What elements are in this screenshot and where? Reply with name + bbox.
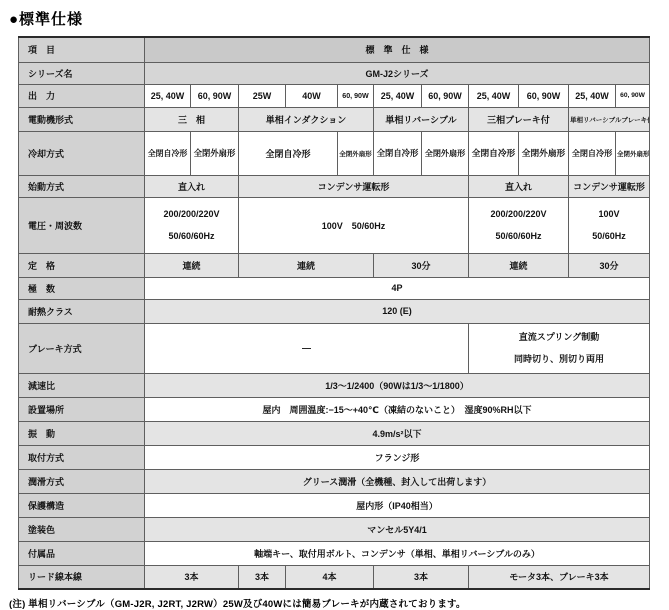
spec-cell: 3本 <box>145 565 239 589</box>
table-row: 始動方式直入れコンデンサ運転形直入れコンデンサ運転形 <box>19 175 650 197</box>
spec-cell: 標 準 仕 様 <box>145 37 650 62</box>
row-label: 保護構造 <box>19 493 145 517</box>
spec-cell: フランジ形 <box>145 445 650 469</box>
spec-cell: 全閉外扇形 <box>422 131 469 175</box>
table-row: 電動機形式三 相単相インダクション単相リバーシブル三相ブレーキ付単相リバーシブル… <box>19 107 650 131</box>
spec-cell: 単相リバーシブルブレーキ付 <box>569 107 650 131</box>
table-row: 冷却方式全閉自冷形全閉外扇形全閉自冷形全閉外扇形全閉自冷形全閉外扇形全閉自冷形全… <box>19 131 650 175</box>
spec-cell: 100V 50/60Hz <box>569 197 650 253</box>
spec-cell: 3本 <box>239 565 286 589</box>
table-row: 出 力25, 40W60, 90W25W40W60, 90W25, 40W60,… <box>19 84 650 107</box>
table-row: 減速比1/3～1/2400（90Wは1/3～1/1800） <box>19 373 650 397</box>
spec-table: 項 目標 準 仕 様シリーズ名GM-J2シリーズ出 力25, 40W60, 90… <box>18 36 650 590</box>
table-row: 電圧・周波数200/200/220V 50/60/60Hz100V 50/60H… <box>19 197 650 253</box>
spec-cell: 200/200/220V 50/60/60Hz <box>469 197 569 253</box>
table-row: 塗装色マンセル5Y4/1 <box>19 517 650 541</box>
spec-cell: 60, 90W <box>519 84 569 107</box>
table-row: 設置場所屋内 周囲温度:−15～+40℃（凍結のないこと） 湿度90%RH以下 <box>19 397 650 421</box>
spec-table-body: 項 目標 準 仕 様シリーズ名GM-J2シリーズ出 力25, 40W60, 90… <box>19 37 650 589</box>
table-row: 振 動4.9m/s²以下 <box>19 421 650 445</box>
spec-cell: 三相ブレーキ付 <box>469 107 569 131</box>
row-label: 定 格 <box>19 253 145 277</box>
row-label: 耐熱クラス <box>19 299 145 323</box>
spec-cell: 全閉自冷形 <box>145 131 191 175</box>
spec-cell: 60, 90W <box>616 84 650 107</box>
spec-cell: コンデンサ運転形 <box>239 175 469 197</box>
spec-cell: 25, 40W <box>145 84 191 107</box>
spec-cell: 30分 <box>569 253 650 277</box>
spec-cell: 4本 <box>286 565 374 589</box>
row-label: 電圧・周波数 <box>19 197 145 253</box>
table-row: ブレーキ方式―直流スプリング制動 同時切り、別切り両用 <box>19 323 650 373</box>
spec-cell: 全閉外扇形 <box>338 131 374 175</box>
catalog-page: ●標準仕様 項 目標 準 仕 様シリーズ名GM-J2シリーズ出 力25, 40W… <box>0 0 669 610</box>
spec-cell: 25, 40W <box>374 84 422 107</box>
spec-cell: 軸端キー、取付用ボルト、コンデンサ（単相、単相リバーシブルのみ） <box>145 541 650 565</box>
row-label: 極 数 <box>19 277 145 299</box>
spec-cell: モータ3本、ブレーキ3本 <box>469 565 650 589</box>
footnote: (注) 単相リバーシブル（GM-J2R, J2RT, J2RW）25W及び40W… <box>9 596 659 610</box>
table-row: 耐熱クラス120 (E) <box>19 299 650 323</box>
row-label: 出 力 <box>19 84 145 107</box>
spec-cell: 全閉自冷形 <box>374 131 422 175</box>
spec-cell: 全閉自冷形 <box>239 131 338 175</box>
spec-cell: 120 (E) <box>145 299 650 323</box>
page-title: ●標準仕様 <box>9 8 659 29</box>
spec-cell: 60, 90W <box>191 84 239 107</box>
spec-cell: 三 相 <box>145 107 239 131</box>
spec-cell: 3本 <box>374 565 469 589</box>
row-label: 付属品 <box>19 541 145 565</box>
row-label: 始動方式 <box>19 175 145 197</box>
table-row: 潤滑方式グリース潤滑（全機種、封入して出荷します） <box>19 469 650 493</box>
spec-cell: 25, 40W <box>569 84 616 107</box>
row-label: 冷却方式 <box>19 131 145 175</box>
row-label: シリーズ名 <box>19 62 145 84</box>
table-row: 付属品軸端キー、取付用ボルト、コンデンサ（単相、単相リバーシブルのみ） <box>19 541 650 565</box>
spec-cell: 単相インダクション <box>239 107 374 131</box>
spec-cell: グリース潤滑（全機種、封入して出荷します） <box>145 469 650 493</box>
spec-cell: 直入れ <box>145 175 239 197</box>
spec-cell: 直入れ <box>469 175 569 197</box>
spec-cell: GM-J2シリーズ <box>145 62 650 84</box>
row-label: 塗装色 <box>19 517 145 541</box>
spec-cell: 連続 <box>469 253 569 277</box>
spec-cell: 1/3～1/2400（90Wは1/3～1/1800） <box>145 373 650 397</box>
row-label: リード線本線 <box>19 565 145 589</box>
spec-cell: 40W <box>286 84 338 107</box>
spec-cell: 60, 90W <box>338 84 374 107</box>
table-row: シリーズ名GM-J2シリーズ <box>19 62 650 84</box>
spec-cell: 全閉外扇形 <box>616 131 650 175</box>
spec-cell: 単相リバーシブル <box>374 107 469 131</box>
spec-cell: 全閉外扇形 <box>519 131 569 175</box>
spec-cell: 屋内 周囲温度:−15～+40℃（凍結のないこと） 湿度90%RH以下 <box>145 397 650 421</box>
spec-cell: 連続 <box>145 253 239 277</box>
row-label: 項 目 <box>19 37 145 62</box>
row-label: ブレーキ方式 <box>19 323 145 373</box>
spec-cell: 連続 <box>239 253 374 277</box>
row-label: 潤滑方式 <box>19 469 145 493</box>
table-row: 取付方式フランジ形 <box>19 445 650 469</box>
spec-cell: 全閉自冷形 <box>569 131 616 175</box>
table-row: 項 目標 準 仕 様 <box>19 37 650 62</box>
table-row: 保護構造屋内形（IP40相当） <box>19 493 650 517</box>
spec-cell: 25, 40W <box>469 84 519 107</box>
row-label: 振 動 <box>19 421 145 445</box>
spec-cell: 200/200/220V 50/60/60Hz <box>145 197 239 253</box>
spec-cell: 直流スプリング制動 同時切り、別切り両用 <box>469 323 650 373</box>
spec-cell: マンセル5Y4/1 <box>145 517 650 541</box>
spec-cell: コンデンサ運転形 <box>569 175 650 197</box>
row-label: 電動機形式 <box>19 107 145 131</box>
table-row: リード線本線3本3本4本3本モータ3本、ブレーキ3本 <box>19 565 650 589</box>
spec-cell: 全閉自冷形 <box>469 131 519 175</box>
spec-cell: ― <box>145 323 469 373</box>
table-row: 定 格連続連続30分連続30分 <box>19 253 650 277</box>
spec-cell: 100V 50/60Hz <box>239 197 469 253</box>
spec-cell: 60, 90W <box>422 84 469 107</box>
spec-cell: 4.9m/s²以下 <box>145 421 650 445</box>
row-label: 取付方式 <box>19 445 145 469</box>
spec-cell: 全閉外扇形 <box>191 131 239 175</box>
spec-cell: 25W <box>239 84 286 107</box>
spec-cell: 4P <box>145 277 650 299</box>
table-row: 極 数4P <box>19 277 650 299</box>
row-label: 減速比 <box>19 373 145 397</box>
spec-cell: 屋内形（IP40相当） <box>145 493 650 517</box>
spec-cell: 30分 <box>374 253 469 277</box>
row-label: 設置場所 <box>19 397 145 421</box>
